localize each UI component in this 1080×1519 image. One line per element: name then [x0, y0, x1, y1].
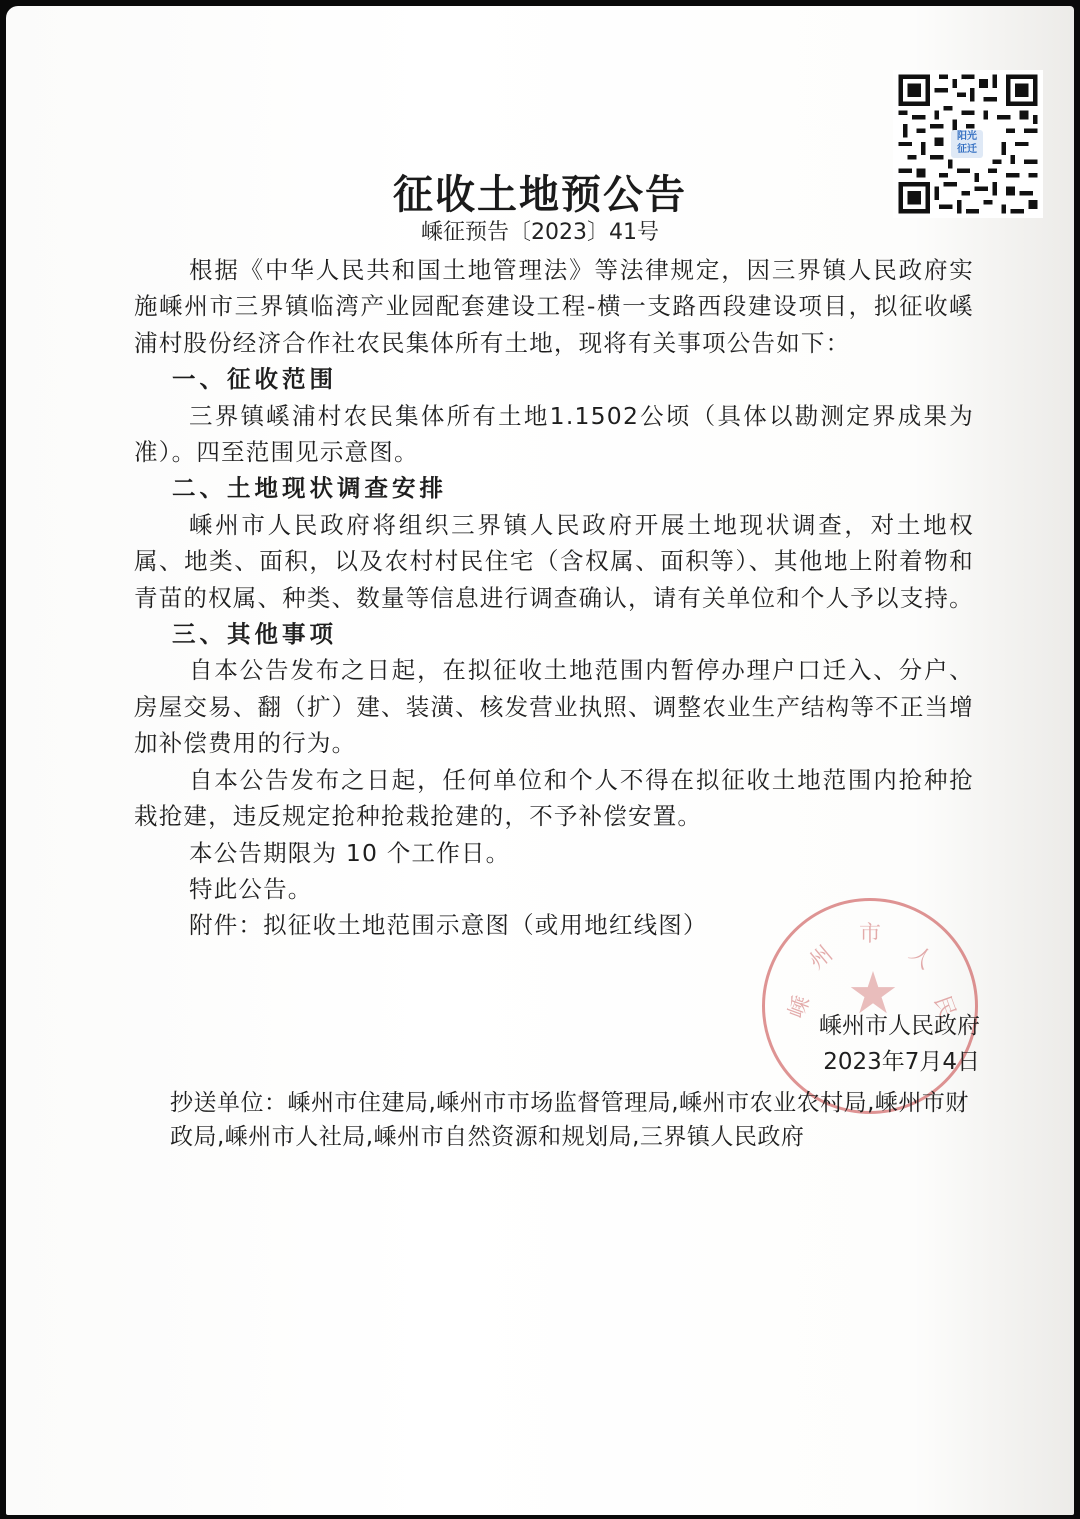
intro-paragraph: 根据《中华人民共和国土地管理法》等法律规定，因三界镇人民政府实施嵊州市三界镇临湾…: [134, 252, 974, 361]
scope-paragraph: 三界镇嵠浦村农民集体所有土地1.1502公顷（具体以勘测定界成果为准）。四至范围…: [134, 398, 974, 471]
document-title: 征收土地预公告: [0, 163, 1080, 220]
other-paragraph-1: 自本公告发布之日起，在拟征收土地范围内暂停办理户口迁入、分户、房屋交易、翻（扩）…: [134, 652, 974, 761]
qr-badge-line1: 阳光: [951, 130, 983, 143]
other-paragraph-2: 自本公告发布之日起，任何单位和个人不得在拟征收土地范围内抢种抢栽抢建，违反规定抢…: [134, 762, 974, 835]
qr-badge: 阳光 征迁: [951, 130, 983, 158]
survey-paragraph: 嵊州市人民政府将组织三界镇人民政府开展土地现状调查，对土地权属、地类、面积，以及…: [134, 507, 974, 616]
cc-text: 抄送单位：嵊州市住建局,嵊州市市场监督管理局,嵊州市农业农村局,嵊州市财政局,嵊…: [134, 1086, 974, 1154]
section-heading-other: 三、其他事项: [134, 616, 974, 652]
attachment-note: 附件：拟征收土地范围示意图（或用地红线图）: [134, 907, 974, 943]
closing-statement: 特此公告。: [134, 871, 974, 907]
document-body: 根据《中华人民共和国土地管理法》等法律规定，因三界镇人民政府实施嵊州市三界镇临湾…: [134, 252, 974, 944]
signature-block: 嵊州市人民政府 2023年7月4日: [780, 1008, 980, 1080]
section-heading-survey: 二、土地现状调查安排: [134, 470, 974, 506]
qr-badge-line2: 征迁: [951, 143, 983, 156]
cc-list: 抄送单位：嵊州市住建局,嵊州市市场监督管理局,嵊州市农业农村局,嵊州市财政局,嵊…: [134, 1086, 974, 1154]
issuer-name: 嵊州市人民政府: [780, 1008, 980, 1044]
notice-period: 本公告期限为 10 个工作日。: [134, 835, 974, 871]
section-heading-scope: 一、征收范围: [134, 361, 974, 397]
issue-date: 2023年7月4日: [780, 1044, 980, 1080]
document-number: 嵊征预告〔2023〕41号: [0, 215, 1080, 246]
